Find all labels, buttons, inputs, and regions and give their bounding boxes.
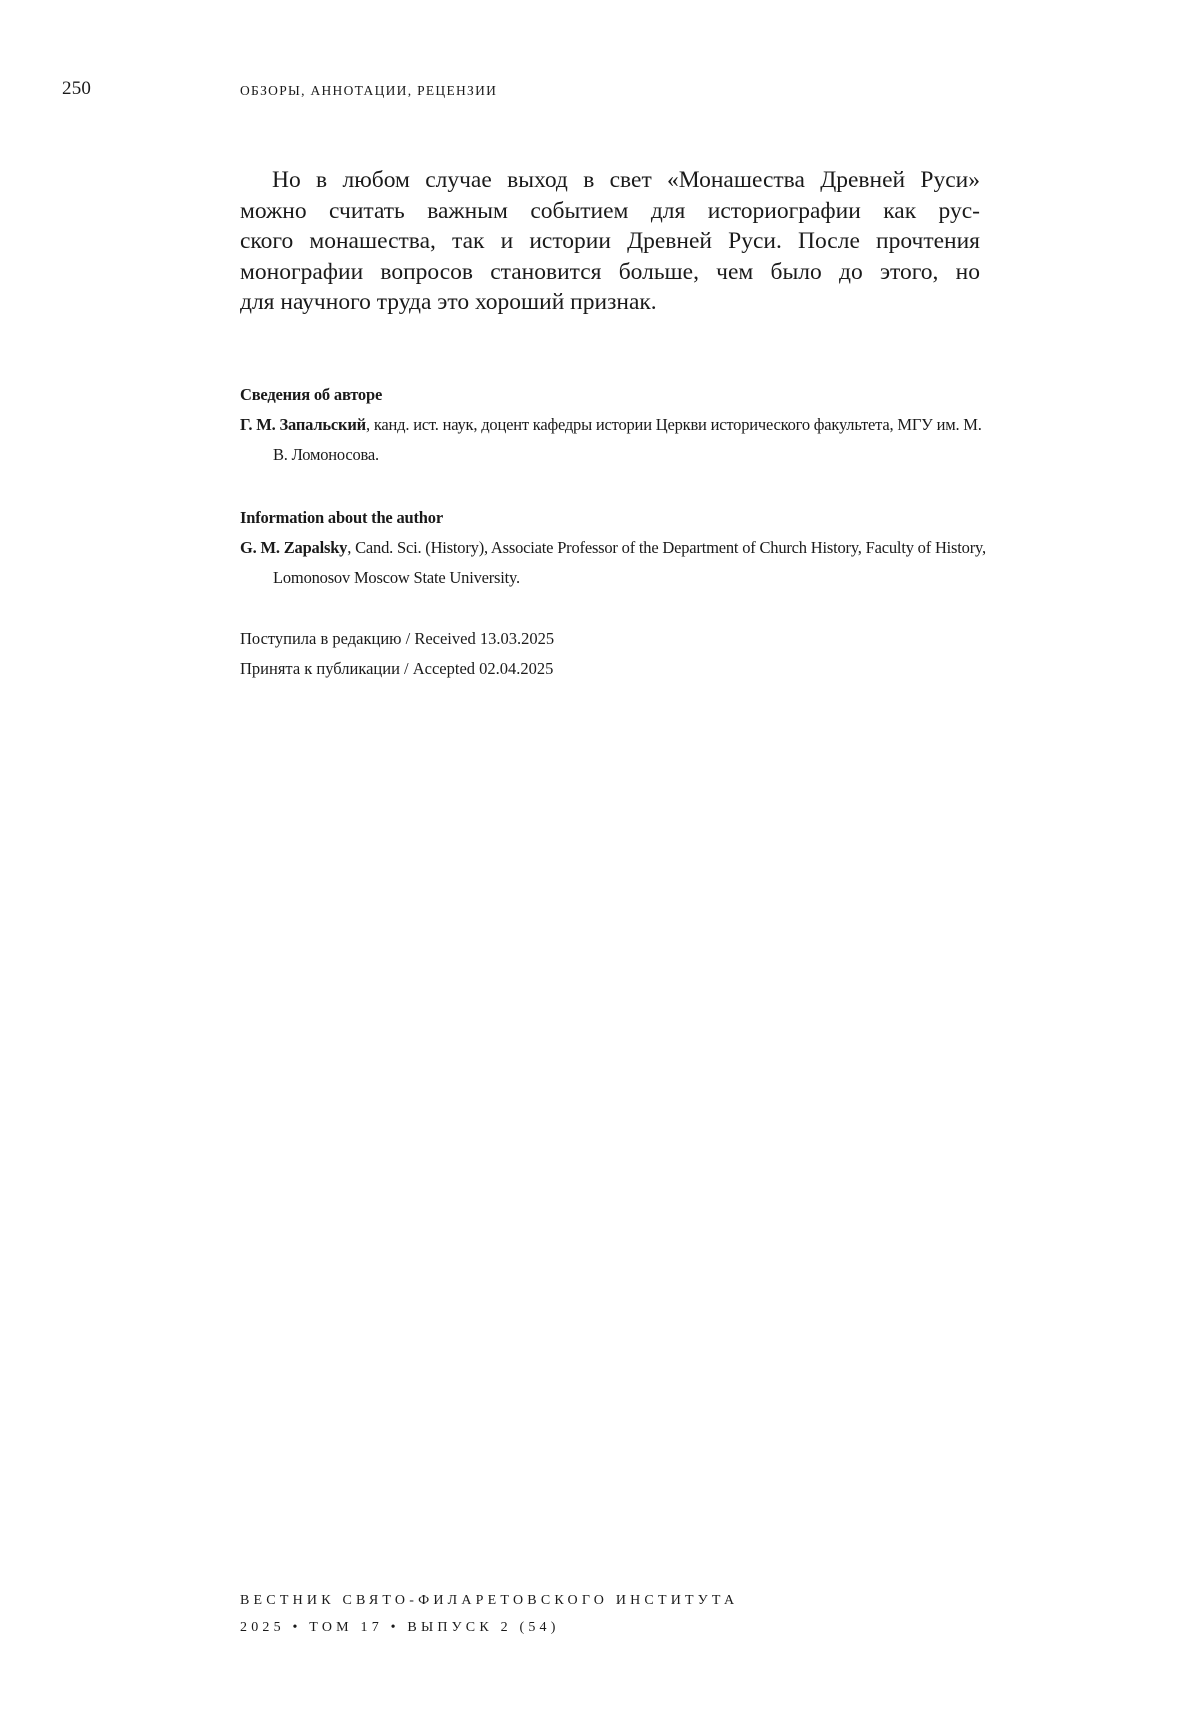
author-info-en: Information about the author G. M. Zapal… — [240, 503, 1000, 593]
journal-footer: Вестник Свято-Филаретовского института 2… — [240, 1587, 738, 1641]
author-entry-ru: Г. М. Запальский, канд. ист. наук, доцен… — [240, 410, 1000, 470]
body-line: ского монашества, так и истории Древней … — [240, 226, 980, 257]
body-line: Но в любом случае выход в свет «Монашест… — [240, 165, 980, 196]
author-info-en-title: Information about the author — [240, 503, 1000, 533]
publication-dates: Поступила в редакцию / Received 13.03.20… — [240, 624, 554, 684]
running-head: ОБЗОРЫ, АННОТАЦИИ, РЕЦЕНЗИИ — [240, 83, 497, 99]
author-info-ru: Сведения об авторе Г. М. Запальский, кан… — [240, 380, 1000, 470]
body-line: можно считать важным событием для истори… — [240, 196, 980, 227]
author-name-ru: Г. М. Запальский — [240, 415, 366, 434]
author-description-en: , Cand. Sci. (History), Associate Profes… — [273, 538, 986, 587]
body-line: для научного труда это хороший признак. — [240, 287, 980, 318]
author-entry-en: G. M. Zapalsky, Cand. Sci. (History), As… — [240, 533, 1000, 593]
body-paragraph: Но в любом случае выход в свет «Монашест… — [240, 165, 980, 318]
received-date: Поступила в редакцию / Received 13.03.20… — [240, 624, 554, 654]
author-info-ru-title: Сведения об авторе — [240, 380, 1000, 410]
page-number: 250 — [62, 78, 91, 100]
journal-issue: 2025 • том 17 • выпуск 2 (54) — [240, 1614, 738, 1641]
author-name-en: G. M. Zapalsky — [240, 538, 347, 557]
author-description-ru: , канд. ист. наук, доцент кафедры истори… — [273, 415, 982, 464]
journal-title: Вестник Свято-Филаретовского института — [240, 1587, 738, 1614]
accepted-date: Принята к публикации / Accepted 02.04.20… — [240, 654, 554, 684]
body-line: монографии вопросов становится больше, ч… — [240, 257, 980, 288]
